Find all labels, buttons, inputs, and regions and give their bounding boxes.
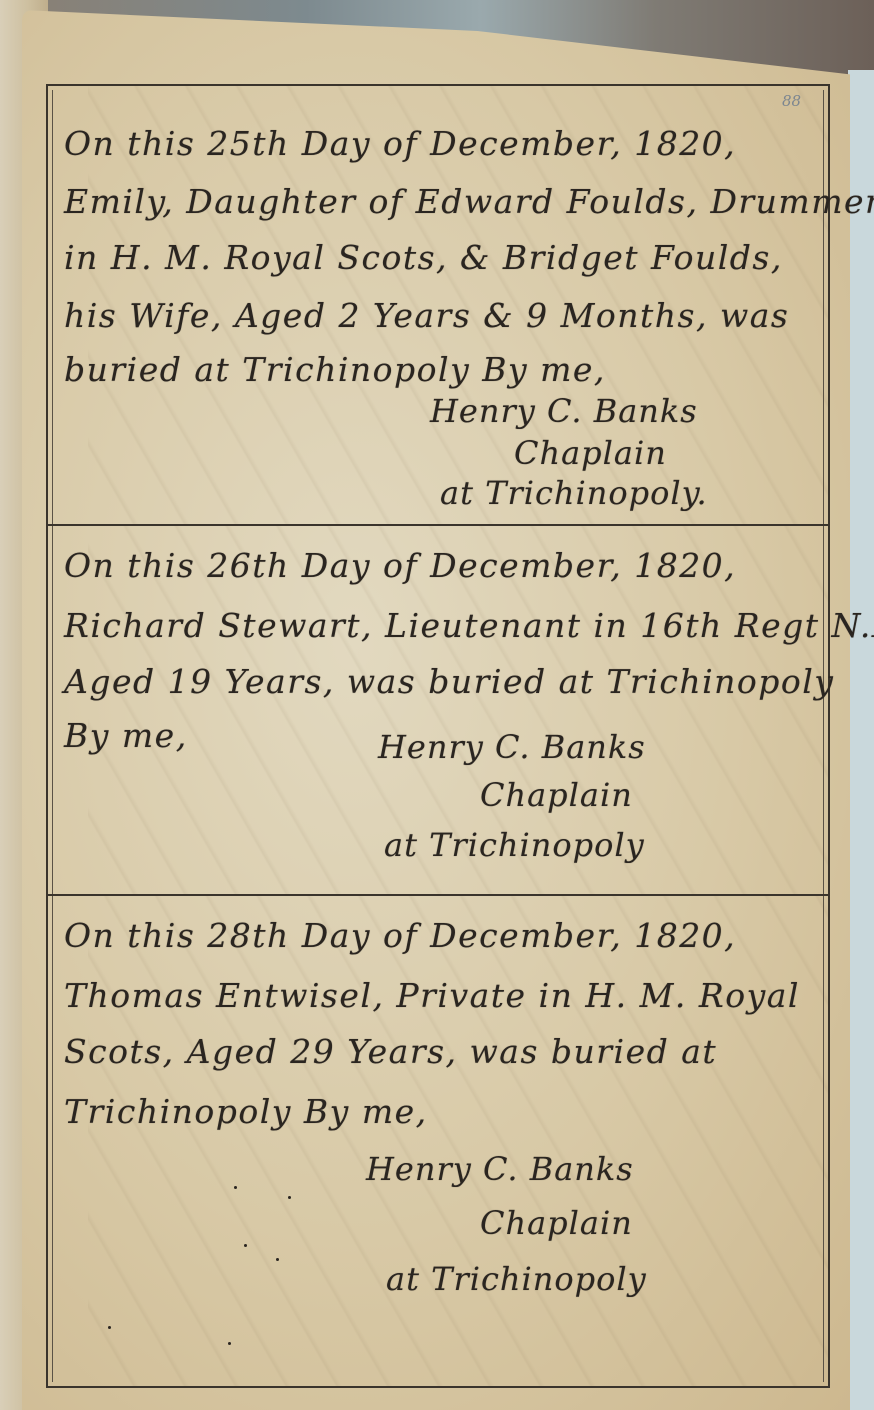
register-frame: On this 25th Day of December, 1820, Emil… xyxy=(46,84,830,1388)
entry-line: On this 25th Day of December, 1820, xyxy=(64,124,736,163)
entry-line: Emily, Daughter of Edward Foulds, Drumme… xyxy=(64,182,874,221)
ink-spot xyxy=(108,1326,111,1329)
burial-entry: On this 28th Day of December, 1820, Thom… xyxy=(48,896,828,1386)
burial-entry: On this 26th Day of December, 1820, Rich… xyxy=(48,526,828,896)
signature-place: at Trichinopoly xyxy=(386,1260,647,1298)
signature-name: Henry C. Banks xyxy=(366,1150,634,1188)
entry-line: Richard Stewart, Lieutenant in 16th Regt… xyxy=(64,606,874,645)
entry-line: Aged 19 Years, was buried at Trichinopol… xyxy=(64,662,834,701)
signature-name: Henry C. Banks xyxy=(430,392,698,430)
signature-place: at Trichinopoly xyxy=(384,826,645,864)
entry-line: Scots, Aged 29 Years, was buried at xyxy=(64,1032,717,1071)
entry-line: his Wife, Aged 2 Years & 9 Months, was xyxy=(64,296,789,335)
entry-line: On this 28th Day of December, 1820, xyxy=(64,916,736,955)
ink-spot xyxy=(244,1244,247,1247)
ink-bleed-through xyxy=(88,896,828,1386)
entry-line: Thomas Entwisel, Private in H. M. Royal xyxy=(64,976,800,1015)
signature-title: Chaplain xyxy=(480,776,633,814)
entry-line: buried at Trichinopoly By me, xyxy=(64,350,606,389)
burial-entry: On this 25th Day of December, 1820, Emil… xyxy=(48,86,828,526)
ink-spot xyxy=(288,1196,291,1199)
signature-title: Chaplain xyxy=(480,1204,633,1242)
signature-name: Henry C. Banks xyxy=(378,728,646,766)
signature-place: at Trichinopoly. xyxy=(440,474,708,512)
entry-line: Trichinopoly By me, xyxy=(64,1092,428,1131)
ink-spot xyxy=(228,1342,231,1345)
ink-spot xyxy=(276,1258,279,1261)
signature-title: Chaplain xyxy=(514,434,667,472)
entry-line: in H. M. Royal Scots, & Bridget Foulds, xyxy=(64,238,783,277)
entry-line: On this 26th Day of December, 1820, xyxy=(64,546,736,585)
entry-line: By me, xyxy=(64,716,188,755)
background-surface-right xyxy=(848,70,874,1410)
ink-spot xyxy=(234,1186,237,1189)
